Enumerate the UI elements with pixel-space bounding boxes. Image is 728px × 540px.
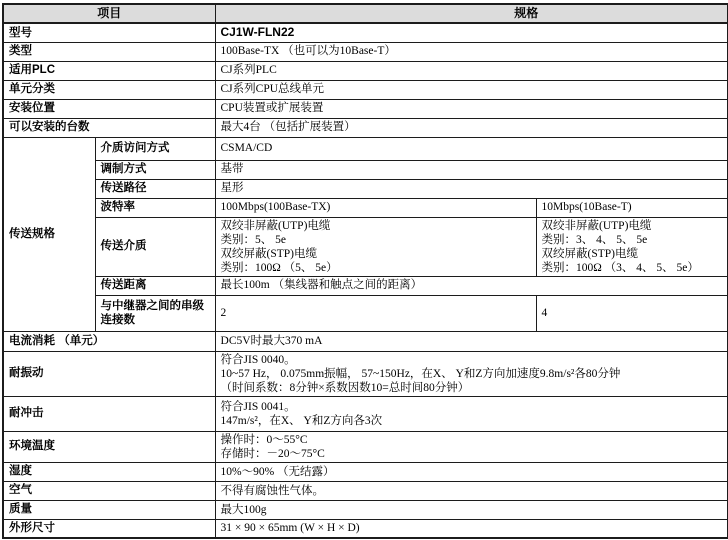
row-humidity-label: 湿度 [3, 462, 215, 481]
specification-table: 项目 规格 型号 CJ1W-FLN22 类型 100Base-TX （也可以为1… [2, 3, 728, 539]
row-type-value: 100Base-TX （也可以为10Base-T） [215, 42, 728, 61]
row-atmosphere-value: 不得有腐蚀性气体。 [215, 481, 728, 500]
value-line: 31 × 90 × 65mm (W × H × D) [221, 521, 723, 535]
value-line: 操作时：0～55°C [221, 433, 723, 447]
row-baud-rate-fast: 100Mbps(100Base-TX) [215, 198, 536, 217]
row-max-units: 可以安装的台数 最大4台 （包括扩展装置） [3, 118, 728, 137]
column-header-item: 项目 [3, 4, 215, 23]
value-line: 不得有腐蚀性气体。 [221, 484, 723, 498]
row-ambient-temperature: 环境温度 操作时：0～55°C 存储时：－20～75°C [3, 431, 728, 462]
value-line: DC5V时最大370 mA [221, 334, 723, 348]
row-mount-position: 安装位置 CPU装置或扩展装置 [3, 99, 728, 118]
row-mount-position-label: 安装位置 [3, 99, 215, 118]
row-type-label: 类型 [3, 42, 215, 61]
media-fast-line: 双绞屏蔽(STP)电缆 [221, 247, 531, 261]
value-line: 10%～90% （无结露） [221, 465, 723, 479]
row-shock-resistance-label: 耐冲击 [3, 396, 215, 431]
media-fast-line: 类别：100Ω （5、 5e） [221, 261, 531, 275]
row-transmission-path-label: 传送路径 [95, 179, 215, 198]
media-slow-line: 类别：3、 4、 5、 5e [542, 233, 723, 247]
row-vibration-resistance-value: 符合JIS 0040。 10~57 Hz， 0.075mm振幅， 57~150H… [215, 351, 728, 396]
value-line: （时间系数：8分钟×系数因数10=总时间80分钟） [221, 381, 723, 395]
transmission-group-label: 传送规格 [3, 137, 95, 331]
row-max-units-label: 可以安装的台数 [3, 118, 215, 137]
row-atmosphere-label: 空气 [3, 481, 215, 500]
media-fast-line: 类别：5、 5e [221, 233, 531, 247]
row-weight-value: 最大100g [215, 500, 728, 519]
media-slow-line: 双绞非屏蔽(UTP)电缆 [542, 219, 723, 233]
row-current-consumption-value: DC5V时最大370 mA [215, 331, 728, 351]
value-line: 147m/s²，在X、 Y和Z方向各3次 [221, 414, 723, 428]
row-current-consumption: 电流消耗 （单元） DC5V时最大370 mA [3, 331, 728, 351]
row-ambient-temperature-label: 环境温度 [3, 431, 215, 462]
row-weight-label: 质量 [3, 500, 215, 519]
row-modulation-value: 基带 [215, 160, 728, 179]
row-vibration-resistance-label: 耐振动 [3, 351, 215, 396]
row-shock-resistance: 耐冲击 符合JIS 0041。 147m/s²，在X、 Y和Z方向各3次 [3, 396, 728, 431]
row-atmosphere: 空气 不得有腐蚀性气体。 [3, 481, 728, 500]
row-type: 类型 100Base-TX （也可以为10Base-T） [3, 42, 728, 61]
row-media-access-label: 介质访问方式 [95, 137, 215, 160]
row-max-units-value: 最大4台 （包括扩展装置） [215, 118, 728, 137]
row-modulation-label: 调制方式 [95, 160, 215, 179]
row-transmission-path-value: 星形 [215, 179, 728, 198]
row-media-access: 传送规格 介质访问方式 CSMA/CD [3, 137, 728, 160]
media-fast-line: 双绞非屏蔽(UTP)电缆 [221, 219, 531, 233]
row-model: 型号 CJ1W-FLN22 [3, 23, 728, 42]
row-applicable-plc: 适用PLC CJ系列PLC [3, 61, 728, 80]
value-line: 最大100g [221, 503, 723, 517]
row-applicable-plc-label: 适用PLC [3, 61, 215, 80]
row-model-value: CJ1W-FLN22 [215, 23, 728, 42]
row-applicable-plc-value: CJ系列PLC [215, 61, 728, 80]
row-transmission-media: 传送介质 双绞非屏蔽(UTP)电缆 类别：5、 5e 双绞屏蔽(STP)电缆 类… [3, 217, 728, 276]
row-cascade-connections-label: 与中继器之间的串级连接数 [95, 295, 215, 331]
row-shock-resistance-value: 符合JIS 0041。 147m/s²，在X、 Y和Z方向各3次 [215, 396, 728, 431]
row-humidity: 湿度 10%～90% （无结露） [3, 462, 728, 481]
row-transmission-media-slow: 双绞非屏蔽(UTP)电缆 类别：3、 4、 5、 5e 双绞屏蔽(STP)电缆 … [536, 217, 728, 276]
row-vibration-resistance: 耐振动 符合JIS 0040。 10~57 Hz， 0.075mm振幅， 57~… [3, 351, 728, 396]
value-line: 符合JIS 0040。 [221, 353, 723, 367]
media-slow-line: 双绞屏蔽(STP)电缆 [542, 247, 723, 261]
row-cascade-fast: 2 [215, 295, 536, 331]
value-line: 10~57 Hz， 0.075mm振幅， 57~150Hz，在X、 Y和Z方向加… [221, 367, 723, 381]
row-model-label: 型号 [3, 23, 215, 42]
row-transmission-distance-label: 传送距离 [95, 276, 215, 295]
row-dimensions-value: 31 × 90 × 65mm (W × H × D) [215, 519, 728, 538]
row-cascade-connections: 与中继器之间的串级连接数 2 4 [3, 295, 728, 331]
row-dimensions: 外形尺寸 31 × 90 × 65mm (W × H × D) [3, 519, 728, 538]
row-unit-class-label: 单元分类 [3, 80, 215, 99]
row-mount-position-value: CPU装置或扩展装置 [215, 99, 728, 118]
row-unit-class-value: CJ系列CPU总线单元 [215, 80, 728, 99]
row-dimensions-label: 外形尺寸 [3, 519, 215, 538]
row-transmission-distance: 传送距离 最长100m （集线器和触点之间的距离） [3, 276, 728, 295]
row-transmission-media-fast: 双绞非屏蔽(UTP)电缆 类别：5、 5e 双绞屏蔽(STP)电缆 类别：100… [215, 217, 536, 276]
row-ambient-temperature-value: 操作时：0～55°C 存储时：－20～75°C [215, 431, 728, 462]
row-unit-class: 单元分类 CJ系列CPU总线单元 [3, 80, 728, 99]
row-current-consumption-label: 电流消耗 （单元） [3, 331, 215, 351]
row-baud-rate-slow: 10Mbps(10Base-T) [536, 198, 728, 217]
row-transmission-path: 传送路径 星形 [3, 179, 728, 198]
value-line: 符合JIS 0041。 [221, 400, 723, 414]
value-line: 存储时：－20～75°C [221, 447, 723, 461]
row-cascade-slow: 4 [536, 295, 728, 331]
column-header-spec: 规格 [215, 4, 728, 23]
row-baud-rate-label: 波特率 [95, 198, 215, 217]
row-weight: 质量 最大100g [3, 500, 728, 519]
row-humidity-value: 10%～90% （无结露） [215, 462, 728, 481]
row-transmission-media-label: 传送介质 [95, 217, 215, 276]
row-media-access-value: CSMA/CD [215, 137, 728, 160]
row-baud-rate: 波特率 100Mbps(100Base-TX) 10Mbps(10Base-T) [3, 198, 728, 217]
table-header-row: 项目 规格 [3, 4, 728, 23]
row-transmission-distance-value: 最长100m （集线器和触点之间的距离） [215, 276, 728, 295]
media-slow-line: 类别：100Ω （3、 4、 5、 5e） [542, 261, 723, 275]
row-modulation: 调制方式 基带 [3, 160, 728, 179]
